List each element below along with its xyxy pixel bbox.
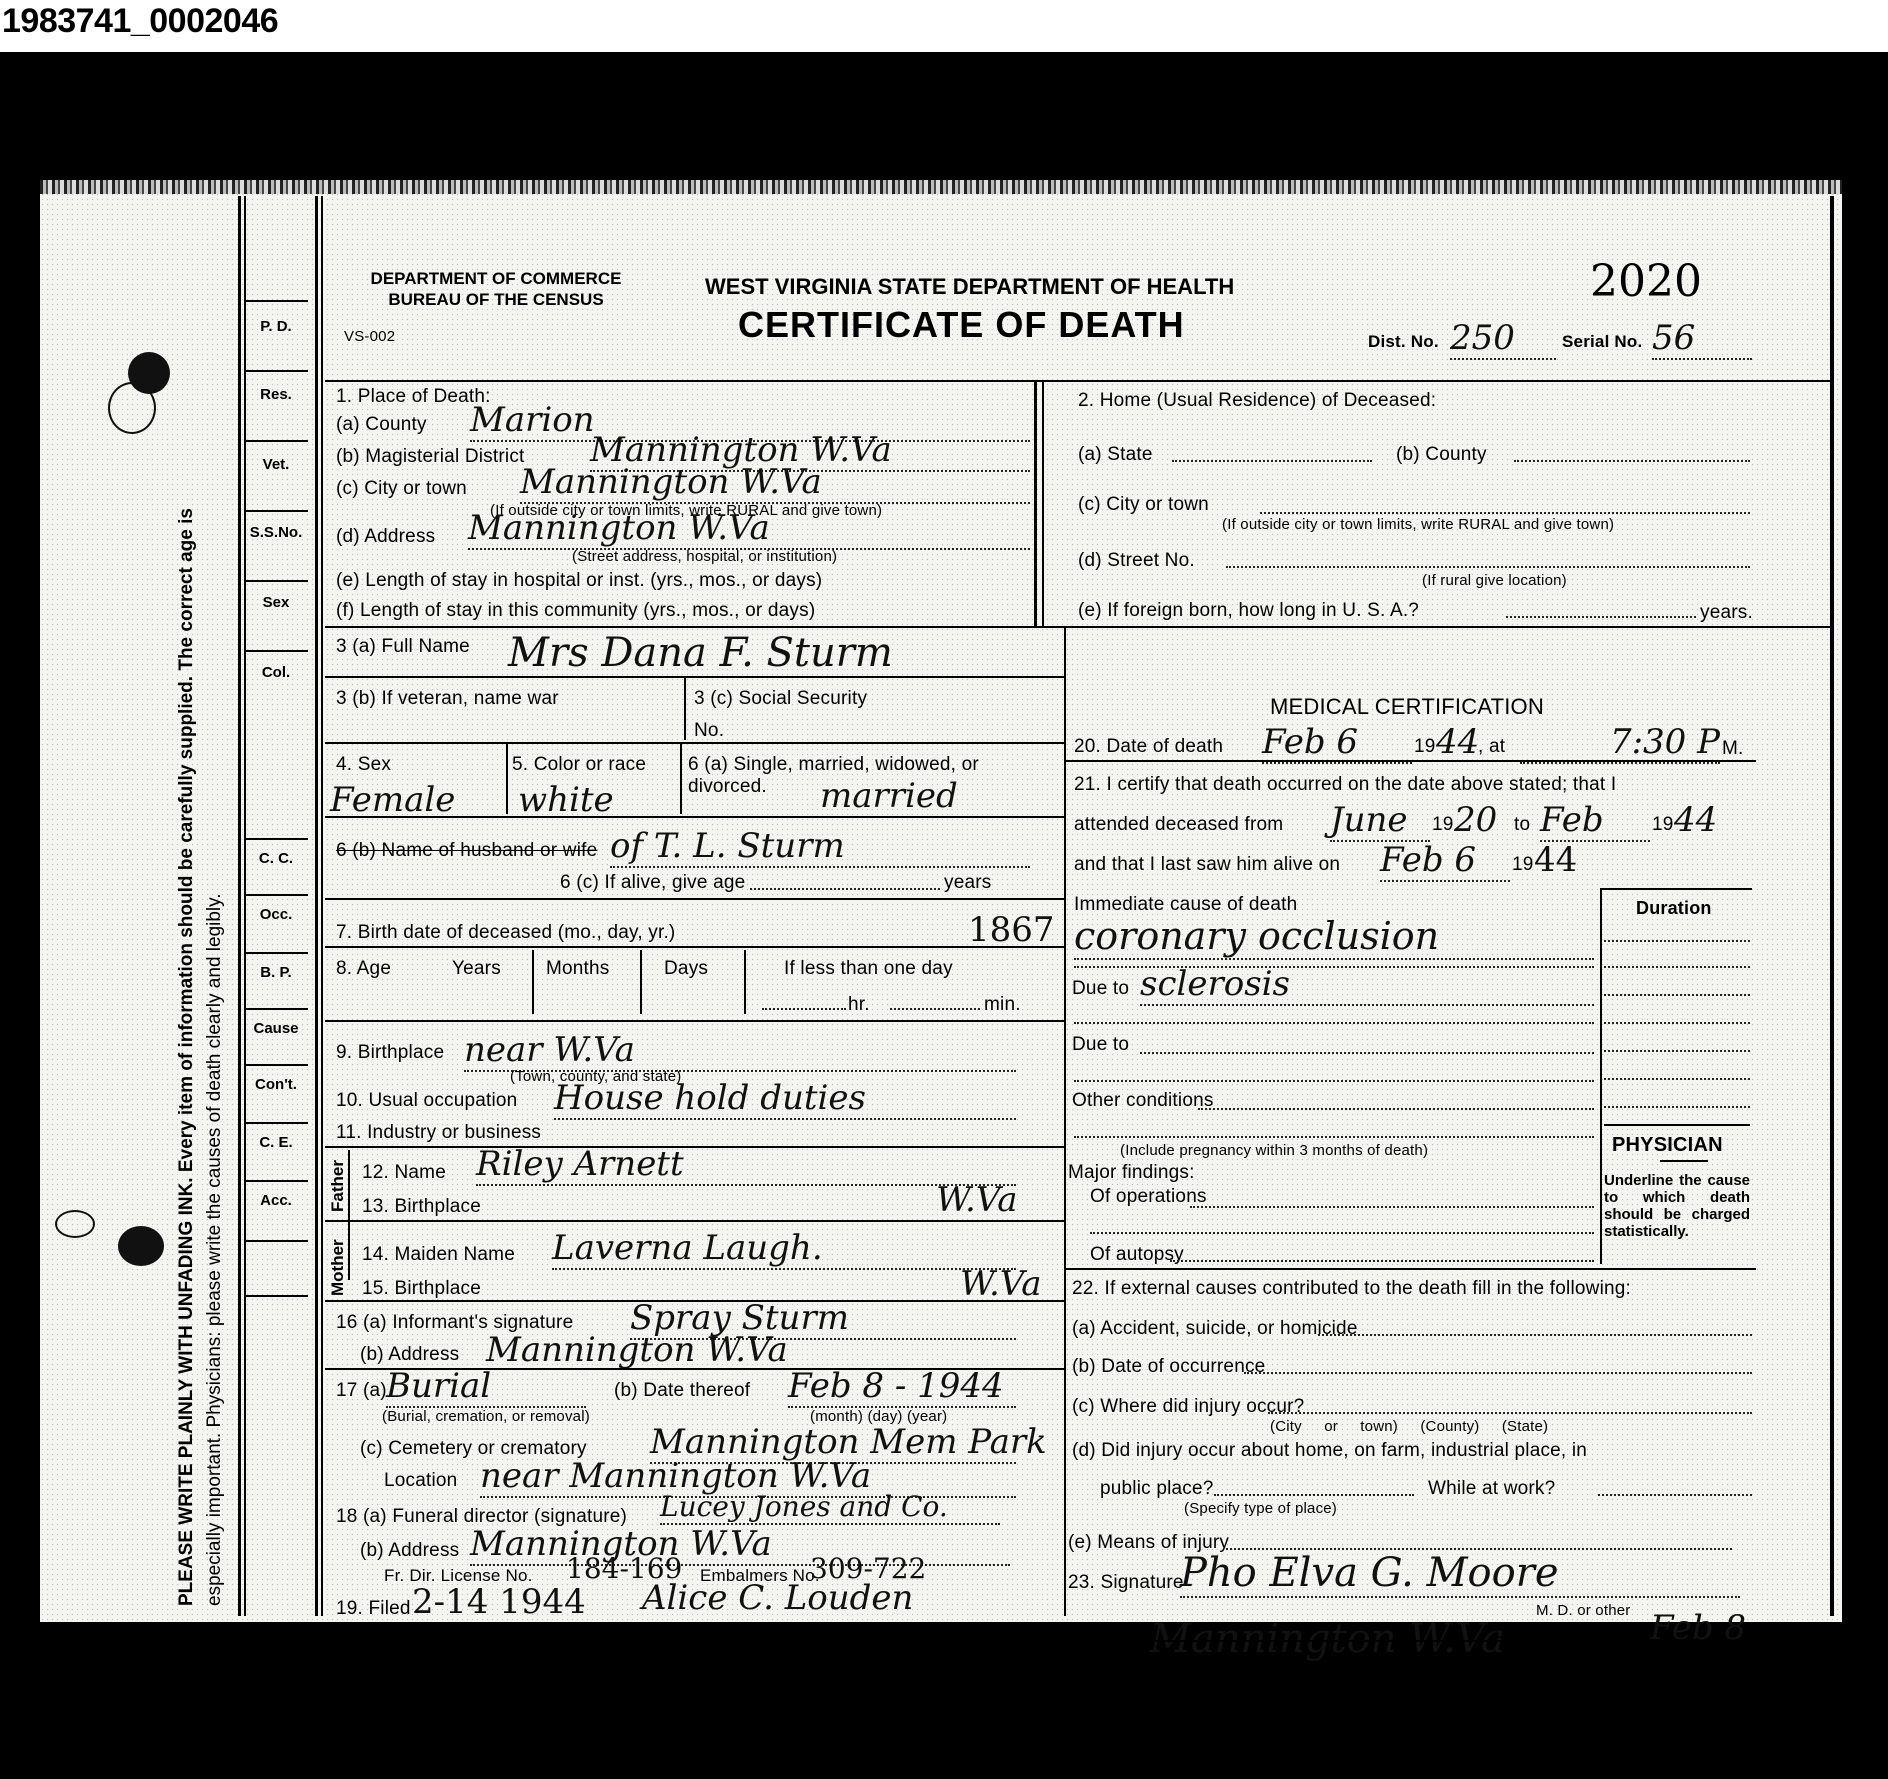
autopsy-field[interactable] [1170,1260,1594,1262]
race-field[interactable]: white [518,780,614,820]
code-col: Col. [246,664,306,681]
duration-label: Duration [1636,898,1712,919]
code-pd: P. D. [246,318,306,335]
due-to-field[interactable]: sclerosis [1140,964,1594,1006]
dist-value: 250 [1450,318,1556,360]
right-border [1830,196,1834,1616]
death-year-prefix: 19 [1414,736,1436,758]
mother-name-label: 14. Maiden Name [362,1244,515,1266]
address-field[interactable]: Mannington W.Va [468,508,1030,550]
death-date-label: 20. Date of death [1074,736,1223,758]
father-side-label: Father [328,1160,348,1212]
father-name-label: 12. Name [362,1162,446,1184]
immediate-cause-label: Immediate cause of death [1074,894,1297,916]
where-field[interactable] [1268,1412,1752,1414]
informant-address-label: (b) Address [360,1344,459,1366]
code-occ: Occ. [246,906,306,923]
row-rule [1066,760,1756,762]
district-label: (b) Magisterial District [336,446,525,468]
res-city-label: (c) City or town [1078,494,1209,516]
duration-field[interactable] [1604,1050,1750,1052]
image-id-label: 1983741_0002046 [2,2,278,41]
findings-label: Major findings: [1068,1162,1195,1184]
row-rule [325,898,1065,900]
age-hr-label: hr. [848,994,870,1016]
cell-rule [532,950,534,1014]
where-label: (c) Where did injury occur? [1072,1396,1304,1418]
margin-rule [321,196,323,1616]
due-to-label: Due to [1072,978,1129,1000]
row-rule [325,676,1065,678]
res-street-field[interactable] [1226,566,1750,568]
res-city-field[interactable] [1260,512,1750,514]
registrar-label: Registrar. [896,1624,962,1641]
autopsy-label: Of autopsy [1090,1244,1184,1266]
stamp-number: 2020 [1590,256,1702,307]
code-cc: C. C. [246,850,306,867]
row-rule [325,946,1065,948]
public-place-field[interactable] [1214,1494,1414,1496]
death-at-label: , at [1478,736,1505,758]
physician-note: Underline the cause to which death shoul… [1604,1172,1750,1240]
res-state-field[interactable] [1172,460,1372,462]
burial-type-hint: (Burial, cremation, or removal) [382,1408,590,1425]
duration-field[interactable] [1604,1022,1750,1024]
duration-top-rule [1602,888,1752,890]
where-hint: (City or town) (County) (State) [1270,1418,1548,1435]
father-name-field[interactable]: Riley Arnett [476,1144,1016,1186]
cause-line[interactable] [1074,1022,1594,1024]
immediate-cause-field[interactable]: coronary occlusion [1074,914,1594,960]
informant-address-field[interactable]: Mannington W.Va [486,1330,788,1370]
cell-rule [348,1150,350,1280]
birthplace-label: 9. Birthplace [336,1042,444,1064]
paper-torn-edge [40,180,1842,194]
code-cause: Cause [246,1020,306,1037]
pregnancy-hint: (Include pregnancy within 3 months of de… [1120,1142,1428,1159]
mother-name-field[interactable]: Laverna Laugh. [552,1228,1016,1270]
attended-from-field[interactable]: June [1330,800,1430,842]
age-days-label: Days [664,958,708,980]
certify-text: 21. I certify that death occurred on the… [1074,774,1616,796]
burial-type-label: 17 (a) [336,1380,387,1402]
res-county-label: (b) County [1396,444,1487,466]
foreign-field[interactable] [1506,616,1696,618]
res-street-label: (d) Street No. [1078,550,1195,572]
age-min-field[interactable] [890,1008,980,1010]
place-hint: (Specify type of place) [1184,1500,1337,1517]
city-label: (c) City or town [336,478,467,500]
column-rule [1042,382,1044,626]
death-date-field[interactable]: Feb 6 [1262,722,1412,764]
margin-instruction: PLEASE WRITE PLAINLY WITH UNFADING INK. … [176,508,198,1606]
section-rule [325,626,1830,628]
duration-field[interactable] [1604,994,1750,996]
age-less-day-label: If less than one day [784,958,953,980]
spouse-age-label: 6 (c) If alive, give age [560,872,745,894]
operations-line[interactable] [1090,1232,1594,1234]
death-time-unit: M. [1722,738,1744,760]
cause-line[interactable] [1074,1080,1594,1082]
code-acc: Acc. [246,1192,306,1209]
margin-instruction: especially important. Physicians: please… [204,893,226,1606]
ss-label: 3 (c) Social Security [694,688,867,710]
code-ssno: S.S.No. [246,524,306,541]
duration-field[interactable] [1604,940,1750,942]
attended-label: attended deceased from [1074,814,1283,836]
row-rule [325,742,1065,744]
foreign-label: (e) If foreign born, how long in U. S. A… [1078,600,1419,622]
code-cont: Con't. [246,1076,306,1093]
attended-to-field[interactable]: Feb [1540,800,1650,842]
full-name-field[interactable]: Mrs Dana F. Sturm [508,630,893,676]
director-field[interactable]: Lucey Jones and Co. [660,1490,1000,1525]
birth-date-label: 7. Birth date of deceased (mo., day, yr.… [336,922,675,944]
serial-value: 56 [1652,318,1752,360]
operations-field[interactable] [1190,1206,1594,1208]
dept-commerce: DEPARTMENT OF COMMERCE BUREAU OF THE CEN… [346,268,646,310]
external-causes-label: 22. If external causes contributed to th… [1072,1278,1631,1300]
attended-to-year[interactable]: 44 [1674,800,1717,840]
cause-line[interactable] [1074,1136,1594,1138]
binder-ring-icon [55,1210,95,1238]
accident-field[interactable] [1318,1334,1752,1336]
page-title: CERTIFICATE OF DEATH [738,304,1185,346]
director-address-field[interactable]: Mannington W.Va [470,1524,1010,1566]
stay-community-label: (f) Length of stay in this community (yr… [336,600,815,622]
column-rule [1034,382,1037,626]
bottom-rule [325,1640,1830,1642]
occupation-field[interactable]: House hold duties [554,1078,1016,1120]
last-seen-label: and that I last saw him alive on [1074,854,1340,876]
death-time-field[interactable]: 7:30 P [1520,722,1720,764]
birth-date-field[interactable]: 1867 [968,910,1055,950]
physician-heading: PHYSICIAN [1612,1134,1723,1157]
dist-label: Dist. No. [1368,332,1439,352]
duration-field[interactable] [1604,1078,1750,1080]
occurrence-label: (b) Date of occurrence [1072,1356,1265,1378]
director-address-label: (b) Address [360,1540,459,1562]
last-seen-year[interactable]: 44 [1534,840,1577,880]
agency-name: WEST VIRGINIA STATE DEPARTMENT OF HEALTH [705,274,1234,300]
code-vet: Vet. [246,456,306,473]
instruction-line-2: especially important. Physicians: please… [204,893,225,1606]
birthplace-field[interactable]: near W.Va [464,1030,1016,1072]
occupation-label: 10. Usual occupation [336,1090,517,1112]
row-rule [1066,1268,1756,1270]
filed-field[interactable]: 2-14 1944 [412,1582,586,1622]
form-code: VS-002 [344,328,395,345]
physician-underline [1660,1160,1708,1162]
age-hr-field[interactable] [762,1008,846,1010]
burial-date-field[interactable]: Feb 8 - 1944 [788,1366,1016,1408]
address-hint: (Street address, hospital, or institutio… [572,548,837,565]
date-signed-field[interactable]: Feb 8 [1650,1608,1746,1648]
medical-heading: MEDICAL CERTIFICATION [1270,694,1544,720]
place-of-death-heading: 1. Place of Death: [336,386,491,408]
spouse-field[interactable]: of T. L. Sturm [610,826,1030,868]
section-rule [325,380,1830,382]
other-conditions-field[interactable] [1198,1108,1594,1110]
due-to2-field[interactable] [1140,1052,1594,1054]
at-work-label: While at work? [1428,1478,1555,1500]
address-label: (d) Address [336,526,435,548]
registrar-signature[interactable]: Alice C. Louden [642,1578,913,1618]
serial-label: Serial No. [1562,332,1642,352]
age-label: 8. Age [336,958,391,980]
physician-address-field[interactable]: Mannington W.Va [1150,1616,1505,1662]
code-res: Res. [246,386,306,403]
physician-address-label: Address [1068,1620,1139,1642]
spouse-age-field[interactable] [750,888,940,890]
last-seen-field[interactable]: Feb 6 [1380,840,1510,882]
cell-rule [506,744,508,814]
sex-label: 4. Sex [336,754,391,776]
duration-field[interactable] [1604,966,1750,968]
signature-label: 23. Signature [1068,1572,1184,1594]
res-city-hint: (If outside city or town limits, write R… [1222,516,1614,533]
age-min-label: min. [984,994,1021,1016]
duration-rule [1600,888,1602,1264]
residence-heading: 2. Home (Usual Residence) of Deceased: [1078,390,1436,412]
father-bp-label: 13. Birthplace [362,1196,481,1218]
accident-label: (a) Accident, suicide, or homicide [1072,1318,1358,1340]
binder-hole-icon [118,1226,164,1266]
cell-rule [640,950,642,1014]
spouse-age-unit: years [944,872,991,894]
age-years-label: Years [452,958,501,980]
attended-from-year-prefix: 19 [1432,814,1454,836]
column-rule [1064,628,1066,1616]
occurrence-field[interactable] [1244,1372,1752,1374]
stay-hospital-label: (e) Length of stay in hospital or inst. … [336,570,822,592]
foreign-unit: years. [1700,602,1753,624]
cell-rule [744,950,746,1014]
md-label: M. D. or other [1536,1602,1631,1619]
code-sex: Sex [246,594,306,611]
public-place-label: public place? [1100,1478,1214,1500]
age-months-label: Months [546,958,610,980]
industry-label: 11. Industry or business [336,1122,541,1144]
ss-no-label: No. [694,720,724,742]
race-label: 5. Color or race [512,754,646,776]
attended-to-label: to [1514,814,1530,836]
marital-field[interactable]: married [820,776,958,816]
row-rule [325,816,1065,818]
other-conditions-label: Other conditions [1072,1090,1214,1112]
duration-field[interactable] [1604,1106,1750,1108]
location-label: Location [384,1470,457,1492]
last-seen-year-prefix: 19 [1512,854,1534,876]
burial-date-label: (b) Date thereof [614,1380,750,1402]
full-name-label: 3 (a) Full Name [336,636,470,658]
father-bp-field[interactable]: W.Va [936,1180,1018,1220]
sex-field[interactable]: Female [330,780,455,820]
cell-rule [684,678,686,740]
city-field[interactable]: Mannington W.Va [520,462,1030,504]
spouse-label: 6 (b) Name of husband or wife [336,840,597,862]
mother-side-label: Mother [328,1239,348,1296]
operations-label: Of operations [1090,1186,1207,1208]
res-street-hint: (If rural give location) [1422,572,1567,589]
code-ce: C. E. [246,1134,306,1151]
due-to2-label: Due to [1072,1034,1129,1056]
row-rule [325,1020,1065,1022]
row-rule [325,1220,1065,1222]
mother-bp-label: 15. Birthplace [362,1278,481,1300]
burial-type-field[interactable]: Burial [386,1366,586,1408]
did-injury-label: (d) Did injury occur about home, on farm… [1072,1440,1587,1462]
filed-label: 19. Filed [336,1598,411,1620]
county-label: (a) County [336,414,427,436]
attended-to-year-prefix: 19 [1652,814,1674,836]
margin-rule [238,196,241,1616]
res-state-label: (a) State [1078,444,1153,466]
binder-ring-icon [108,382,156,434]
cell-rule [680,744,682,814]
at-work-field[interactable] [1598,1494,1752,1496]
res-county-field[interactable] [1514,460,1750,462]
attended-from-year[interactable]: 20 [1454,800,1497,840]
death-year-field[interactable]: 44 [1436,722,1479,762]
physician-rule [1604,1124,1750,1126]
margin-rule [315,196,318,1616]
physician-signature[interactable]: Pho Elva G. Moore [1180,1550,1740,1598]
code-bp: B. P. [246,964,306,981]
veteran-label: 3 (b) If veteran, name war [336,688,559,710]
instruction-line-1: PLEASE WRITE PLAINLY WITH UNFADING INK. … [176,508,197,1606]
